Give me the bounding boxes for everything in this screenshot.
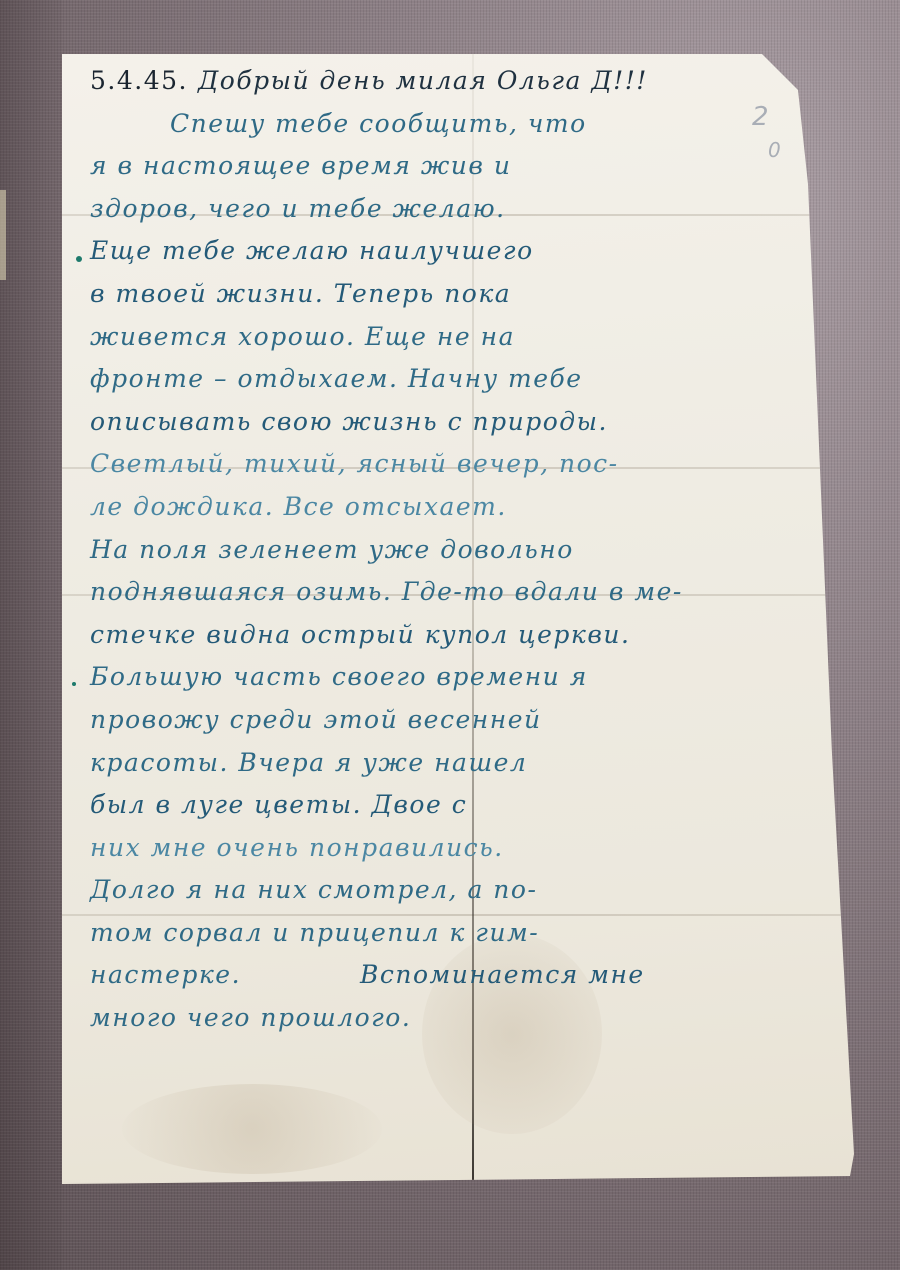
letter-line: Еще тебе желаю наилучшего bbox=[90, 230, 810, 273]
letter-header-line: 5.4.45.Добрый день милая Ольга Д!!! bbox=[90, 60, 810, 103]
letter-line: красоты. Вчера я уже нашел bbox=[90, 742, 810, 785]
letter-line: поднявшаяся озимь. Где-то вдали в ме- bbox=[90, 571, 810, 614]
letter-line: много чего прошлого. bbox=[90, 997, 810, 1040]
letter-line: был в луге цветы. Двое с bbox=[90, 784, 810, 827]
ink-blot bbox=[76, 256, 82, 262]
letter-line: в твоей жизни. Теперь пока bbox=[90, 273, 810, 316]
letter-line: Спешу тебе сообщить, что bbox=[90, 103, 810, 146]
letter-line: здоров, чего и тебе желаю. bbox=[90, 188, 810, 231]
letter-line: На поля зеленеет уже довольно bbox=[90, 529, 810, 572]
letter-date: 5.4.45. bbox=[90, 66, 188, 95]
letter-paper: 2 0 5.4.45.Добрый день милая Ольга Д!!! … bbox=[62, 54, 854, 1184]
side-object bbox=[0, 190, 6, 280]
letter-line: описывать свою жизнь с природы. bbox=[90, 401, 810, 444]
letter-line: провожу среди этой весенней bbox=[90, 699, 810, 742]
letter-line: стечке видна острый купол церкви. bbox=[90, 614, 810, 657]
letter-line: живется хорошо. Еще не на bbox=[90, 316, 810, 359]
letter-line: Долго я на них смотрел, а по- bbox=[90, 869, 810, 912]
letter-line: я в настоящее время жив и bbox=[90, 145, 810, 188]
letter-line: Большую часть своего времени я bbox=[90, 656, 810, 699]
letter-line: Светлый, тихий, ясный вечер, пос- bbox=[90, 443, 810, 486]
letter-line: фронте – отдыхаем. Начну тебе bbox=[90, 358, 810, 401]
table-shadow bbox=[0, 0, 62, 1270]
letter-line: них мне очень понравились. bbox=[90, 827, 810, 870]
letter-body: 5.4.45.Добрый день милая Ольга Д!!! Спеш… bbox=[90, 60, 810, 1040]
letter-line: том сорвал и прицепил к гим- bbox=[90, 912, 810, 955]
letter-line: ле дождика. Все отсыхает. bbox=[90, 486, 810, 529]
letter-greeting: Добрый день милая Ольга Д!!! bbox=[198, 66, 648, 95]
ink-blot bbox=[72, 682, 76, 686]
stain bbox=[122, 1084, 382, 1174]
